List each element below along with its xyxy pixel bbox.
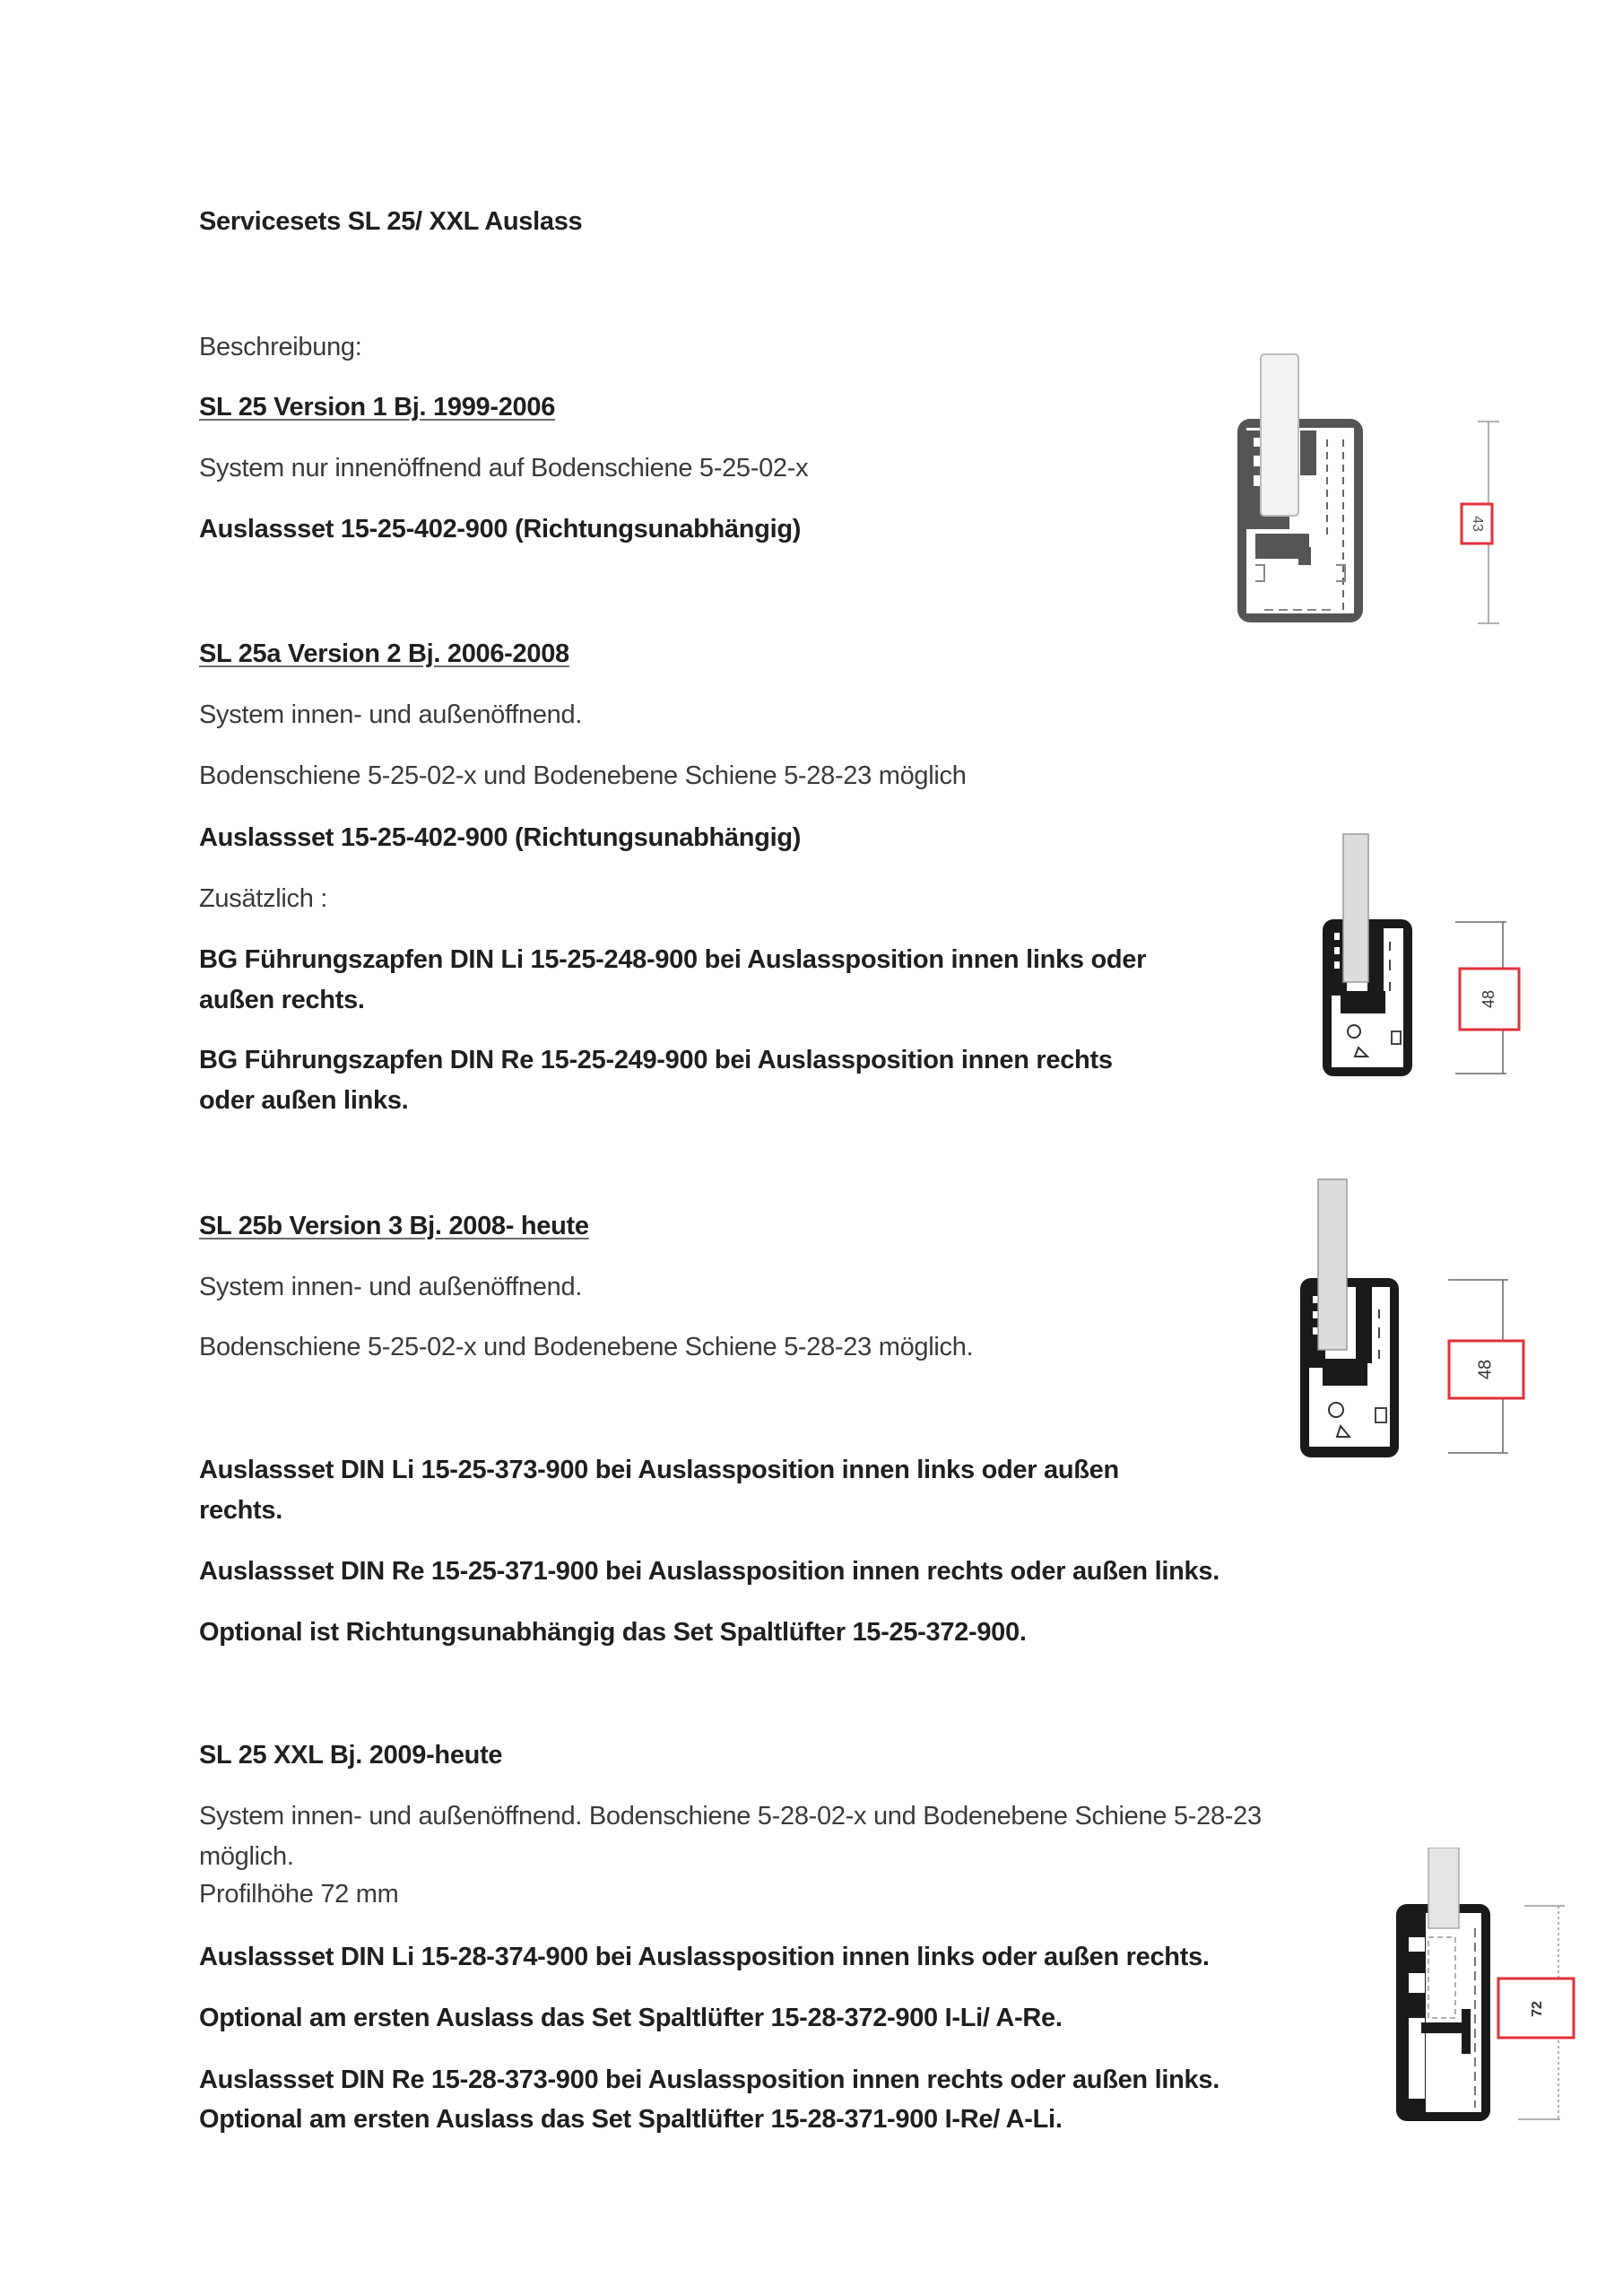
part-number-line: Auslassset DIN Re 15-25-371-900 bei Ausl… [199,1556,1219,1587]
dimension-label: 43 [1470,516,1485,532]
section-line: System innen- und außenöffnend. Bodensch… [199,1801,1262,1832]
part-number-line: Optional am ersten Auslass das Set Spalt… [199,2003,1063,2034]
dimension-label: 48 [1475,1360,1495,1379]
section-line: Bodenschiene 5-25-02-x und Bodenebene Sc… [199,1332,973,1363]
glass-pane [1343,834,1368,982]
glass-pane [1318,1179,1347,1350]
part-number-line: BG Führungszapfen DIN Li 15-25-248-900 b… [199,944,1146,976]
profile-figure-sl25b-v3: 48 [1300,1175,1578,1480]
profile-cross-section [1300,1278,1399,1457]
section-line: Bodenschiene 5-25-02-x und Bodenebene Sc… [199,761,967,792]
section-heading-sl25b-v3: SL 25b Version 3 Bj. 2008- heute [199,1211,589,1242]
part-number-line: Auslassset DIN Li 15-28-374-900 bei Ausl… [199,1942,1210,1973]
profile-cross-section [1396,1904,1490,2121]
profile-figure-sl25a-v2: 48 [1309,816,1578,1085]
glass-pane [1428,1848,1459,1928]
section-line: System innen- und außenöffnend. [199,1272,582,1303]
dimension-label: 72 [1530,2001,1545,2017]
part-number-line: Auslassset DIN Li 15-25-373-900 bei Ausl… [199,1455,1119,1486]
part-number-line: Optional am ersten Auslass das Set Spalt… [199,2104,1063,2135]
part-number-line: oder außen links. [199,1085,408,1117]
intro-label: Beschreibung: [199,332,362,363]
section-line: möglich. [199,1841,294,1873]
profile-figure-sl25-xxl: 72 [1385,1848,1601,2135]
part-number-line: BG Führungszapfen DIN Re 15-25-249-900 b… [199,1045,1113,1076]
section-line: System innen- und außenöffnend. [199,700,582,731]
part-number-line: außen rechts. [199,985,365,1016]
section-line: Profilhöhe 72 mm [199,1879,398,1910]
part-number-line: Auslassset 15-25-402-900 (Richtungsunabh… [199,822,801,854]
section-heading-sl25a-v2: SL 25a Version 2 Bj. 2006-2008 [199,639,569,670]
part-number-line: Auslassset DIN Re 15-28-373-900 bei Ausl… [199,2065,1219,2096]
dimension-label: 48 [1480,990,1497,1008]
section-line: Zusätzlich : [199,883,327,915]
profile-figure-sl25-v1: 43 [1237,341,1524,628]
part-number-line: Optional ist Richtungsunabhängig das Set… [199,1617,1027,1648]
part-number-line: Auslassset 15-25-402-900 (Richtungsunabh… [199,514,801,545]
profile-cross-section [1237,419,1363,622]
section-heading-sl25-v1: SL 25 Version 1 Bj. 1999-2006 [199,392,555,423]
glass-pane [1261,354,1298,516]
part-number-line: rechts. [199,1495,282,1526]
section-heading-sl25-xxl: SL 25 XXL Bj. 2009-heute [199,1740,502,1771]
section-line: System nur innenöffnend auf Bodenschiene… [199,453,808,484]
document-title: Servicesets SL 25/ XXL Auslass [199,206,582,238]
